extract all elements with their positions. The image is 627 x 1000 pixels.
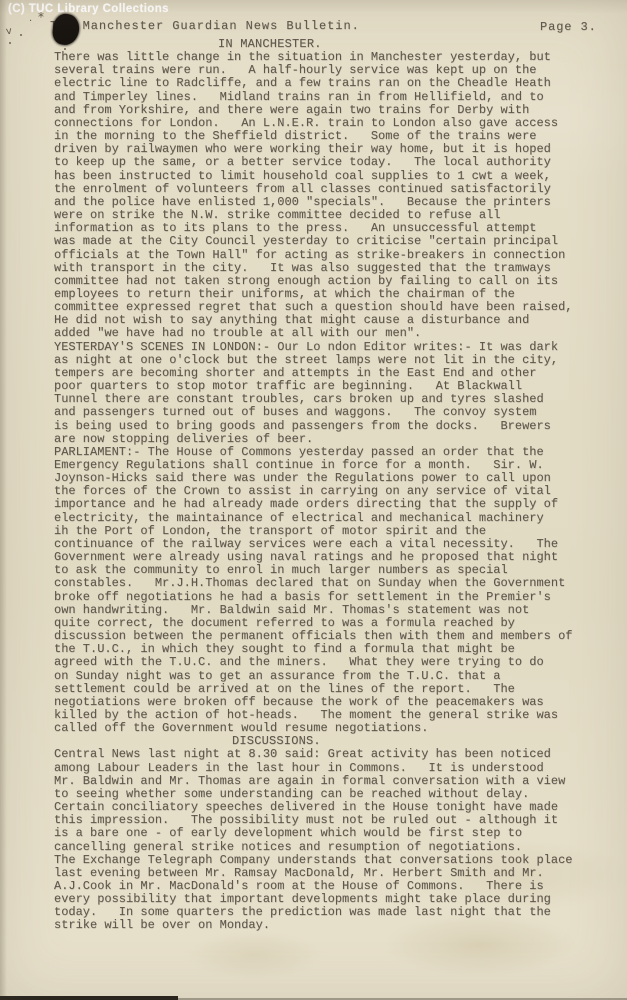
- document-title: The Manchester Guardian News Bulletin.: [50, 19, 360, 33]
- text-line: and Timperley lines. Midland trains ran …: [54, 91, 610, 104]
- page-number: Page 3.: [540, 20, 597, 34]
- text-line: ih the Port of London, the transport of …: [54, 525, 610, 538]
- document-body: IN MANCHESTER.There was little change in…: [54, 38, 610, 933]
- pencil-check-mark: v: [5, 26, 12, 38]
- text-line: broke off negotiations he had a basis fo…: [54, 591, 610, 604]
- text-line: electric line to Radcliffe, and a few tr…: [54, 77, 610, 90]
- text-line: are now stopping deliveries of beer.: [54, 433, 610, 446]
- text-line: and from Yorkshire, and there were again…: [54, 104, 610, 117]
- section: YESTERDAY'S SCENES IN LONDON:- Our Lo nd…: [54, 341, 610, 446]
- text-line: has been instructed to limit household c…: [54, 170, 610, 183]
- pencil-asterisk-mark: *: [38, 10, 44, 24]
- text-line: Central News last night at 8.30 said: Gr…: [54, 748, 610, 761]
- text-line: importance and he had already made order…: [54, 498, 610, 511]
- section: IN MANCHESTER.There was little change in…: [54, 38, 610, 341]
- text-line: YESTERDAY'S SCENES IN LONDON:- Our Lo nd…: [54, 341, 610, 354]
- text-line: on Sunday night was to get an assurance …: [54, 670, 610, 683]
- scan-edge-artifact: [0, 996, 178, 1000]
- text-line: is a bare one - of early development whi…: [54, 827, 610, 840]
- text-line: among Labour Leaders in the last hour in…: [54, 762, 610, 775]
- section: DISCUSSIONS.Central News last night at 8…: [54, 735, 610, 932]
- text-line: electricity, the maintainance of electri…: [54, 512, 610, 525]
- pencil-dot-mark: .: [29, 13, 32, 24]
- text-line: own handwriting. Mr. Baldwin said Mr. Th…: [54, 604, 610, 617]
- text-line: and passengers turned out of buses and w…: [54, 406, 610, 419]
- text-line: as night at one o'clock but the street l…: [54, 354, 610, 367]
- text-line: called off the Government would resume n…: [54, 722, 610, 735]
- text-line: cancelling general strike notices and re…: [54, 841, 610, 854]
- text-line: negotiations were broken off because the…: [54, 696, 610, 709]
- text-line: The Exchange Telegraph Company understan…: [54, 854, 610, 867]
- text-line: with transport in the city. It was also …: [54, 262, 610, 275]
- text-line: the enrolment of volunteers from all cla…: [54, 183, 610, 196]
- text-line: committee had not taken strong enough ac…: [54, 275, 610, 288]
- paper-speck: [9, 42, 11, 44]
- text-line: is being used to bring goods and passeng…: [54, 420, 610, 433]
- text-line: agreed with the T.U.C. and the miners. W…: [54, 656, 610, 669]
- document-header: The Manchester Guardian News Bulletin. P…: [0, 19, 627, 35]
- text-line: was made at the City Council yesterday t…: [54, 235, 610, 248]
- text-line: strike will be over on Monday.: [54, 919, 610, 932]
- paper-speck: [20, 34, 22, 36]
- section: PARLIAMENT:- The House of Commons yester…: [54, 446, 610, 735]
- text-line: settlement could be arrived at on the li…: [54, 683, 610, 696]
- text-line: Mr. Baldwin and Mr. Thomas are again in …: [54, 775, 610, 788]
- text-line: constables. Mr.J.H.Thomas declared that …: [54, 577, 610, 590]
- text-line: officials at the Town Hall" for acting a…: [54, 249, 610, 262]
- text-line: added "we have had no trouble at all wit…: [54, 327, 610, 340]
- scanned-document-page: (C) TUC Library Collections The Manchest…: [0, 0, 627, 1000]
- text-line: to keep up the same, or a better service…: [54, 156, 610, 169]
